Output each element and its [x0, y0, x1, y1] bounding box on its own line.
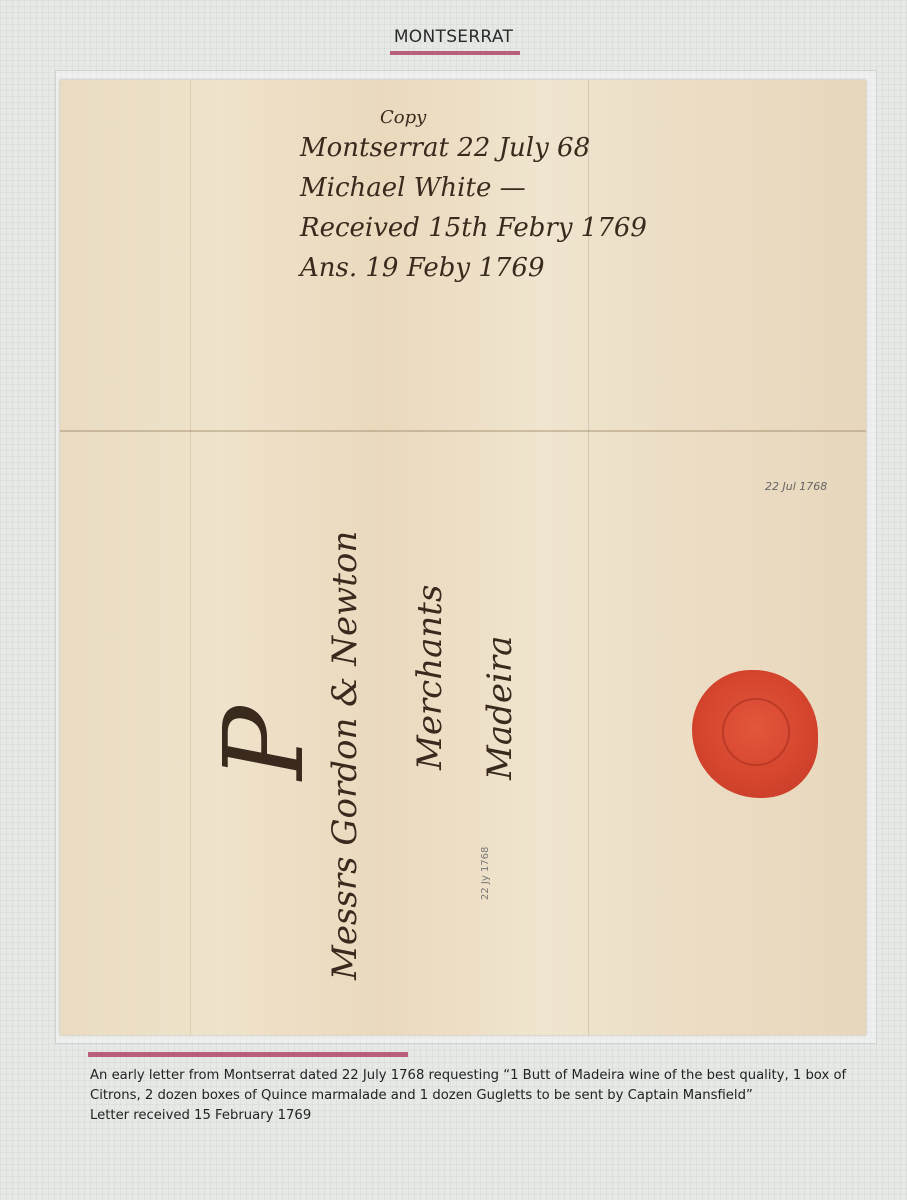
docket-line-1: Montserrat 22 July 68	[300, 128, 620, 168]
address-initial: P	[200, 706, 328, 780]
pencil-date-note: 22 Jul 1768	[765, 480, 827, 493]
docket-line-4: Ans. 19 Feby 1769	[300, 248, 620, 288]
docket-copy: Copy	[380, 108, 620, 128]
address-line-3: Madeira	[480, 636, 520, 780]
caption: An early letter from Montserrat dated 22…	[90, 1066, 890, 1126]
caption-received: Letter received 15 February 1769	[90, 1106, 890, 1126]
docket-line-3: Received 15th Febry 1769	[300, 208, 620, 248]
address-line-1: Messrs Gordon & Newton	[325, 531, 365, 980]
fold-line-left	[190, 80, 191, 1035]
docket-line-2: Michael White —	[300, 168, 620, 208]
fold-line-horizontal	[60, 430, 866, 432]
caption-description: An early letter from Montserrat dated 22…	[90, 1066, 890, 1106]
wax-seal	[692, 670, 818, 798]
seal-impression	[722, 698, 790, 766]
letter-image: Copy Montserrat 22 July 68 Michael White…	[60, 80, 866, 1035]
caption-underline	[88, 1052, 408, 1057]
page-title: MONTSERRAT	[0, 27, 907, 47]
pencil-date-note-bottom: 22 Jy 1768	[480, 847, 491, 900]
address-line-2: Merchants	[410, 585, 450, 770]
title-underline	[390, 51, 520, 55]
docket-annotation: Copy Montserrat 22 July 68 Michael White…	[300, 108, 620, 288]
